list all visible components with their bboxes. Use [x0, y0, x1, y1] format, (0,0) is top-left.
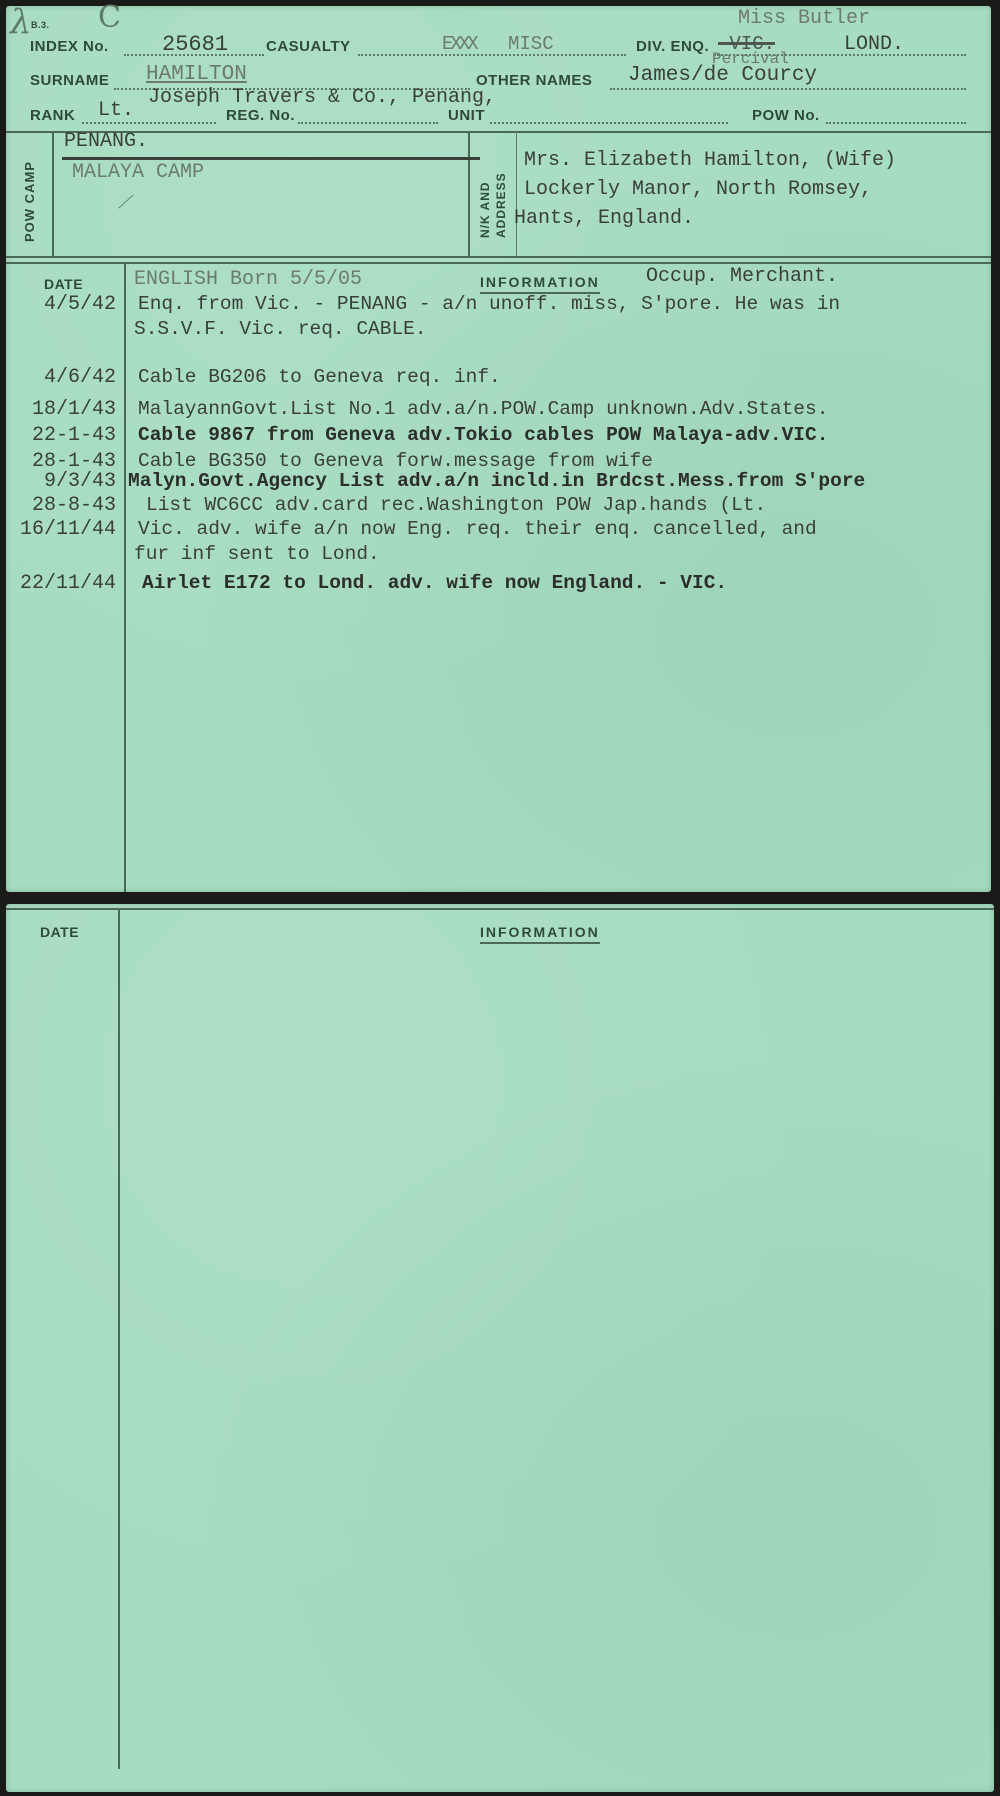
employer-value: Joseph Travers & Co., Penang,	[148, 86, 496, 109]
entry-date: 18/1/43	[6, 398, 116, 421]
entry-text-line: Vic. adv. wife a/n now Eng. req. their e…	[138, 518, 817, 540]
rank-value: Lt.	[98, 99, 134, 122]
entry-date: 22-1-43	[6, 424, 116, 447]
index-no-label: INDEX No.	[30, 38, 109, 55]
entry-text-line: List WC6CC adv.card rec.Washington POW J…	[146, 494, 766, 516]
card2-date-header: DATE	[40, 924, 79, 940]
rank-label: RANK	[30, 107, 75, 124]
entry-date: 22/11/44	[6, 572, 116, 595]
entry-text-line: MalayannGovt.List No.1 adv.a/n.POW.Camp …	[138, 398, 828, 420]
nk-and-label: N/K AND	[478, 181, 492, 238]
pow-camp-struck-value: PENANG.	[64, 130, 148, 153]
record-card-front: λ C B.3. INDEX No. 25681 CASUALTY EXXX M…	[6, 6, 991, 892]
section-divider-mid-1	[6, 256, 991, 258]
nationality-born: ENGLISH Born 5/5/05	[134, 268, 362, 291]
div-enq-label: DIV. ENQ.	[636, 38, 709, 55]
card2-top-rule	[6, 908, 994, 910]
other-names-line	[610, 88, 966, 90]
casualty-label: CASUALTY	[266, 38, 351, 55]
nk-address-line-1: Mrs. Elizabeth Hamilton, (Wife)	[524, 149, 896, 172]
date-column-divider	[124, 264, 126, 892]
casualty-line	[358, 54, 626, 56]
surname-value: HAMILTON	[146, 63, 247, 86]
entry-date: 28-8-43	[6, 494, 116, 517]
pencil-mark-lambda: λ	[10, 2, 32, 42]
surname-label: SURNAME	[30, 72, 109, 89]
entry-text-line: Malyn.Govt.Agency List adv.a/n incld.in …	[128, 470, 865, 492]
entry-date: 4/6/42	[6, 366, 116, 389]
entry-date: 16/11/44	[6, 518, 116, 541]
nk-address-line-3: Hants, England.	[514, 207, 694, 230]
entry-date: 4/5/42	[6, 293, 116, 316]
pow-no-line	[826, 122, 966, 124]
pow-camp-strike-line	[62, 157, 480, 160]
div-enq-note: Miss Butler	[738, 7, 870, 30]
pencil-mark-c: C	[98, 0, 121, 35]
unit-line	[490, 122, 728, 124]
card2-date-column-divider	[118, 909, 120, 1769]
card2-information-header: INFORMATION	[480, 924, 600, 944]
section-divider-top	[6, 131, 991, 133]
entry-text-line: Enq. from Vic. - PENANG - a/n unoff. mis…	[138, 293, 840, 315]
pow-camp-value: MALAYA CAMP	[72, 161, 204, 184]
entry-text-line: Airlet E172 to Lond. adv. wife now Engla…	[142, 572, 727, 594]
entry-text-line: Cable BG206 to Geneva req. inf.	[138, 366, 501, 388]
nk-address-line-2: Lockerly Manor, North Romsey,	[524, 178, 872, 201]
index-no-value: 25681	[162, 32, 228, 57]
information-header: INFORMATION	[480, 274, 600, 294]
record-card-back: DATE INFORMATION	[6, 904, 994, 1792]
pow-camp-divider	[52, 131, 54, 256]
casualty-struck-value: EXXX	[442, 33, 476, 55]
address-divider	[468, 131, 470, 256]
address-label-divider	[516, 131, 517, 256]
occupation: Occup. Merchant.	[646, 265, 838, 288]
reg-no-line	[298, 122, 438, 124]
pow-camp-label: POW CAMP	[22, 161, 37, 242]
div-enq-value: LOND.	[844, 33, 904, 56]
pow-no-label: POW No.	[752, 107, 820, 124]
entry-text-line: Cable BG350 to Geneva forw.message from …	[138, 450, 653, 472]
casualty-value: MISC	[508, 33, 554, 55]
pencil-tick-mark: ⟋	[118, 192, 131, 213]
entry-text-line: fur inf sent to Lond.	[134, 543, 380, 565]
entry-date: 9/3/43	[6, 470, 116, 493]
date-header: DATE	[44, 276, 83, 292]
form-code: B.3.	[31, 20, 50, 30]
unit-label: UNIT	[448, 107, 485, 124]
other-names-value: James/de Courcy	[628, 64, 817, 87]
rank-line	[82, 122, 216, 124]
reg-no-label: REG. No.	[226, 107, 295, 124]
entry-text-line: S.S.V.F. Vic. req. CABLE.	[134, 318, 427, 340]
address-label: ADDRESS	[494, 172, 508, 238]
entry-text-line: Cable 9867 from Geneva adv.Tokio cables …	[138, 424, 828, 446]
section-divider-mid-2	[6, 262, 991, 264]
